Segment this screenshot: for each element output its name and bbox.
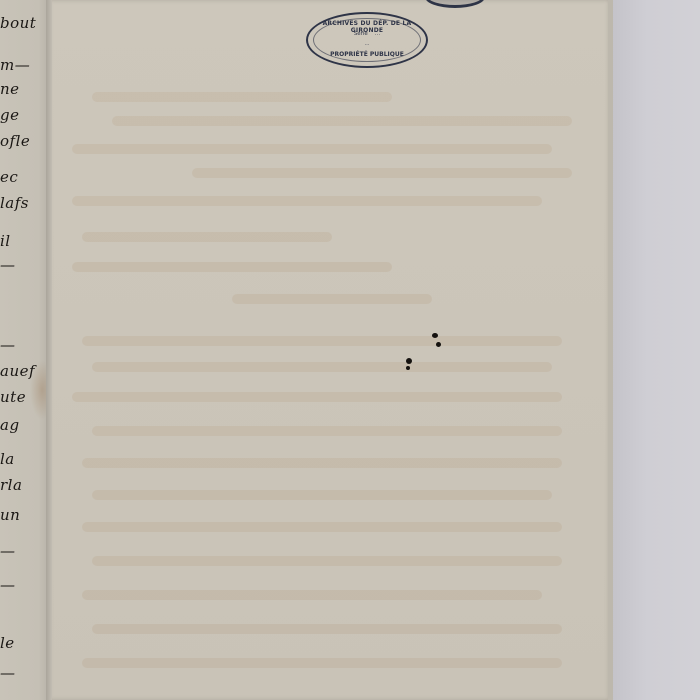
handwritten-line: — [0,664,16,682]
handwritten-line: la [0,450,15,468]
handwritten-line: — [0,542,16,560]
left-page: boutm—negeofleeclafsil——auefuteaglarlaun… [0,0,48,700]
handwritten-line: ne [0,80,20,98]
handwritten-line: ag [0,416,20,434]
page-edge [608,0,613,700]
handwritten-line: — [0,336,16,354]
handwritten-line: — [0,576,16,594]
background-surface [612,0,700,700]
handwritten-line: bout [0,14,36,32]
stamp-middle-text: … [308,41,426,47]
handwritten-line: — [0,256,16,274]
handwritten-line: un [0,506,20,524]
archive-stamp: ARCHIVES DU DÉP. DE LA GIRONDE Série … …… [306,12,428,68]
handwritten-line: ge [0,106,19,124]
handwritten-line: ute [0,388,26,406]
stamp-bottom-text: PROPRIÉTÉ PUBLIQUE [308,51,426,58]
handwritten-line: ofle [0,132,30,150]
handwritten-line: auef [0,362,35,380]
handwritten-line: lafs [0,194,29,212]
stamp-series-value: … [375,31,381,37]
handwritten-line: ec [0,168,18,186]
handwritten-line: le [0,634,15,652]
stamp-series: Série … [308,31,426,37]
main-page [52,0,612,700]
handwritten-line: il [0,232,11,250]
handwritten-line: rla [0,476,22,494]
stamp-series-label: Série [354,31,368,37]
handwritten-line: m— [0,56,30,74]
